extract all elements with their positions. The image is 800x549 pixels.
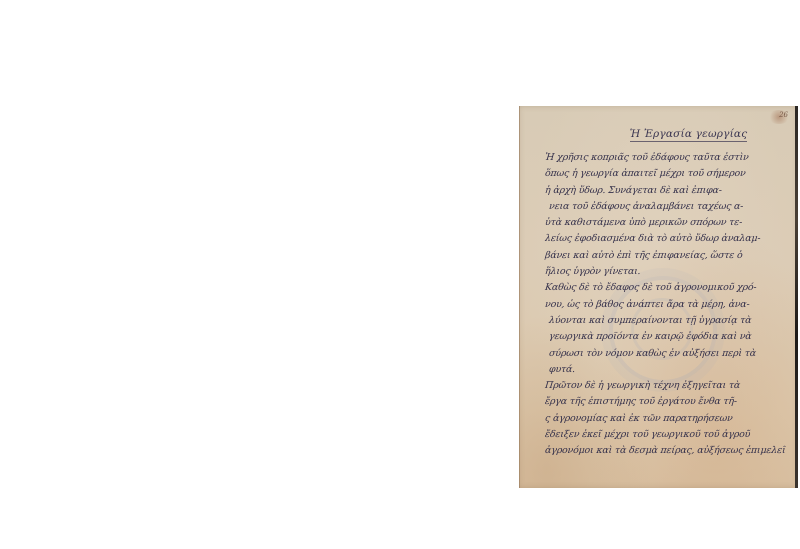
text-line: ἔδειξεν ἐκεῖ μέχρι τοῦ γεωργικοῦ τοῦ ἀγρ… bbox=[544, 427, 786, 443]
text-line: νεια τοῦ ἐδάφους ἀναλαμβάνει ταχέως α- bbox=[544, 199, 786, 215]
page-right-edge-shadow bbox=[795, 106, 798, 488]
text-line: ἥλιος ὑγρὸν γίνεται. bbox=[544, 264, 786, 280]
text-line: ἀγρονόμοι καὶ τὰ δεσμὰ πείρας, αὐξήσεως … bbox=[544, 443, 786, 459]
text-line: Καθὼς δὲ τὸ ἔδαφος δὲ τοῦ ἀγρονομικοῦ χρ… bbox=[544, 280, 786, 296]
text-line: ἡ ἀρχὴ ὕδωρ. Συνάγεται δὲ καὶ ἐπιφα- bbox=[544, 183, 786, 199]
text-line: βάνει καὶ αὐτὸ ἐπὶ τῆς ἐπιφανείας, ὥστε … bbox=[544, 248, 786, 264]
manuscript-text-body: Ἡ χρῆσις κοπριᾶς τοῦ ἐδάφους ταῦτα ἐστὶν… bbox=[545, 150, 785, 460]
text-line: ὅπως ἡ γεωργία ἀπαιτεῖ μέχρι τοῦ σήμερον bbox=[544, 166, 786, 182]
text-line: ἔργα τῆς ἐπιστήμης τοῦ ἐργάτου ἔνθα τῆ- bbox=[544, 394, 786, 410]
page-title: Ἡ Ἐργασία γεωργίας bbox=[519, 128, 798, 142]
text-line: λείως ἐφοδιασμένα διὰ τὸ αὐτὸ ὕδωρ ἀναλα… bbox=[544, 231, 786, 247]
page-left-edge bbox=[519, 106, 520, 488]
text-line: Ἡ χρῆσις κοπριᾶς τοῦ ἐδάφους ταῦτα ἐστὶν bbox=[544, 150, 786, 166]
text-line: ς ἀγρονομίας καὶ ἐκ τῶν παρατηρήσεων bbox=[544, 411, 786, 427]
title-text: Ἡ Ἐργασία γεωργίας bbox=[630, 128, 748, 142]
manuscript-page: 26 Ἡ Ἐργασία γεωργίας Ἡ χρῆσις κοπριᾶς τ… bbox=[519, 106, 798, 488]
scan-canvas: 26 Ἡ Ἐργασία γεωργίας Ἡ χρῆσις κοπριᾶς τ… bbox=[0, 0, 800, 549]
text-line: γεωργικὰ προϊόντα ἐν καιρῷ ἐφόδια καὶ νὰ bbox=[544, 329, 786, 345]
text-line: νου, ὡς τὸ βάθος ἀνάπτει ἄρα τὰ μέρη, ἀν… bbox=[544, 297, 786, 313]
text-line: λύονται καὶ συμπεραίνονται τῇ ὑγρασίᾳ τὰ bbox=[544, 313, 786, 329]
page-number-mark: 26 bbox=[779, 111, 788, 119]
text-line: φυτά. bbox=[544, 362, 786, 378]
text-line: ὐτὰ καθιστάμενα ὑπὸ μερικῶν σπόρων τε- bbox=[544, 215, 786, 231]
text-line: Πρῶτον δὲ ἡ γεωργικὴ τέχνη ἐξηγεῖται τὰ bbox=[544, 378, 786, 394]
text-line: σύρωσι τὸν νόμον καθὼς ἐν αὐξήσει περὶ τ… bbox=[544, 346, 786, 362]
